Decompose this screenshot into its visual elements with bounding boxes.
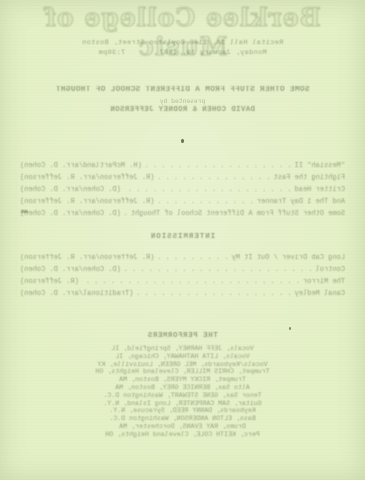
program-row: Long Cab Driver / Out It My(R. Jefferson… [20,252,345,264]
performer-line: Perc, KEITH COLE, Cleveland Heights, OH [0,431,365,439]
dot-leader [145,160,292,172]
song-credit: (R. Jefferson) [20,276,79,288]
performer-line: Drums, RAY EVANS, Dorchester, MA [0,423,365,431]
presented-by-label: presented by [0,98,365,105]
scan-speck [289,327,291,330]
dot-leader [124,184,292,196]
mirrored-showthrough-layer: Berklee College of Music Recital Hall 1A… [0,0,365,480]
song-credit: (R. Jefferson/arr. R. Jefferson) [20,252,154,264]
dot-leader [157,196,253,208]
performer-line: Vocals, LITA HATHAWAY, Chicago, IL [0,353,365,361]
song-credit: (Traditional/arr. D. Cohen) [20,288,133,300]
dot-leader [157,252,228,264]
program-row: Canal Medley(Traditional/arr. D. Cohen) [20,288,345,300]
scanned-program-page: Berklee College of Music Recital Hall 1A… [0,0,365,480]
song-title: Some Other Stuff From A Different School… [131,208,345,220]
date-time-line: Monday, January 19, 1987 7:30pm [0,49,365,57]
song-title: Canal Medley [295,288,345,300]
dot-leader [157,172,270,184]
program-row: The Mirror(R. Jefferson) [20,276,345,288]
performer-line: Alto Sax, BERNICE GREY, Boston, MA [0,384,365,392]
song-credit: (D. Cohen/arr. D. Cohen) [20,264,121,276]
song-title: The Mirror [303,276,345,288]
program-row: Control(D. Cohen/arr. D. Cohen) [20,264,345,276]
scan-speck [21,210,28,213]
program-row: Fighting the Fast(R. Jefferson/arr. R. J… [20,172,345,184]
song-title: Control [316,264,345,276]
dot-leader [82,276,300,288]
performers-heading: THE PERFORMERS [0,332,365,340]
program-row: "Messiah" II(H. McPartland/arr. D. Cohen… [20,160,345,172]
performer-line: Keyboards, DANNY REED, Syracuse, N.Y. [0,407,365,415]
performer-line: Bass, ELTON ANDERSON, Washington D.C. [0,415,365,423]
song-credit: (H. McPartland/arr. D. Cohen) [20,160,142,172]
performer-line: Trumpet, CHRIS MILLER, Cleveland Heights… [0,368,365,376]
dot-leader [124,264,313,276]
program-row: Critter Head(D. Cohen/arr. D. Cohen) [20,184,345,196]
dot-leader [124,208,128,220]
song-credit: (D. Cohen/arr. D. Cohen) [20,184,121,196]
song-title: Fighting the Fast [274,172,345,184]
program-row: Some Other Stuff From A Different School… [20,208,345,220]
dot-leader [136,288,291,300]
song-title: Long Cab Driver / Out It My [232,252,345,264]
song-credit: (R. Jefferson/arr. R. Jefferson) [20,172,154,184]
performer-line: Vocals, JEFF HARNEY, Springfield, IL [0,345,365,353]
program-part-2: Long Cab Driver / Out It My(R. Jefferson… [20,252,345,300]
performer-line: Vocals/Keyboards, MEL GREEN, Louisville,… [0,361,365,369]
performers-list: Vocals, JEFF HARNEY, Springfield, IL Voc… [0,345,365,439]
song-credit: (D. Cohen/arr. D. Cohen) [20,208,121,220]
song-title: And The 1 Day Tranner [257,196,345,208]
program-row: And The 1 Day Tranner(R. Jefferson/arr. … [20,196,345,208]
song-title: "Messiah" II [295,160,345,172]
performer-line: Trumpet, RICKY MYERS, Boston, MA [0,376,365,384]
performer-line: Guitar, SAM CARPENTER, Long Island, N.Y. [0,400,365,408]
time-text: 7:30pm [98,49,125,57]
concert-title: SOME OTHER STUFF FROM A DIFFERENT SCHOOL… [0,86,365,94]
song-credit: (R. Jefferson/arr. R. Jefferson) [20,196,154,208]
venue-line: Recital Hall 1A, 1140 Boylston Street, B… [0,39,365,47]
intermission-label: INTERMISSION [0,233,365,241]
scan-speck [181,139,184,143]
date-text: Monday, January 19, 1987 [159,49,267,57]
presenters-names: DAVID COHEN & RODNEY JEFFERSON [0,106,365,114]
song-title: Critter Head [295,184,345,196]
performer-line: Tenor Sax, GENE STEWART, Washington D.C. [0,392,365,400]
program-part-1: "Messiah" II(H. McPartland/arr. D. Cohen… [20,160,345,220]
